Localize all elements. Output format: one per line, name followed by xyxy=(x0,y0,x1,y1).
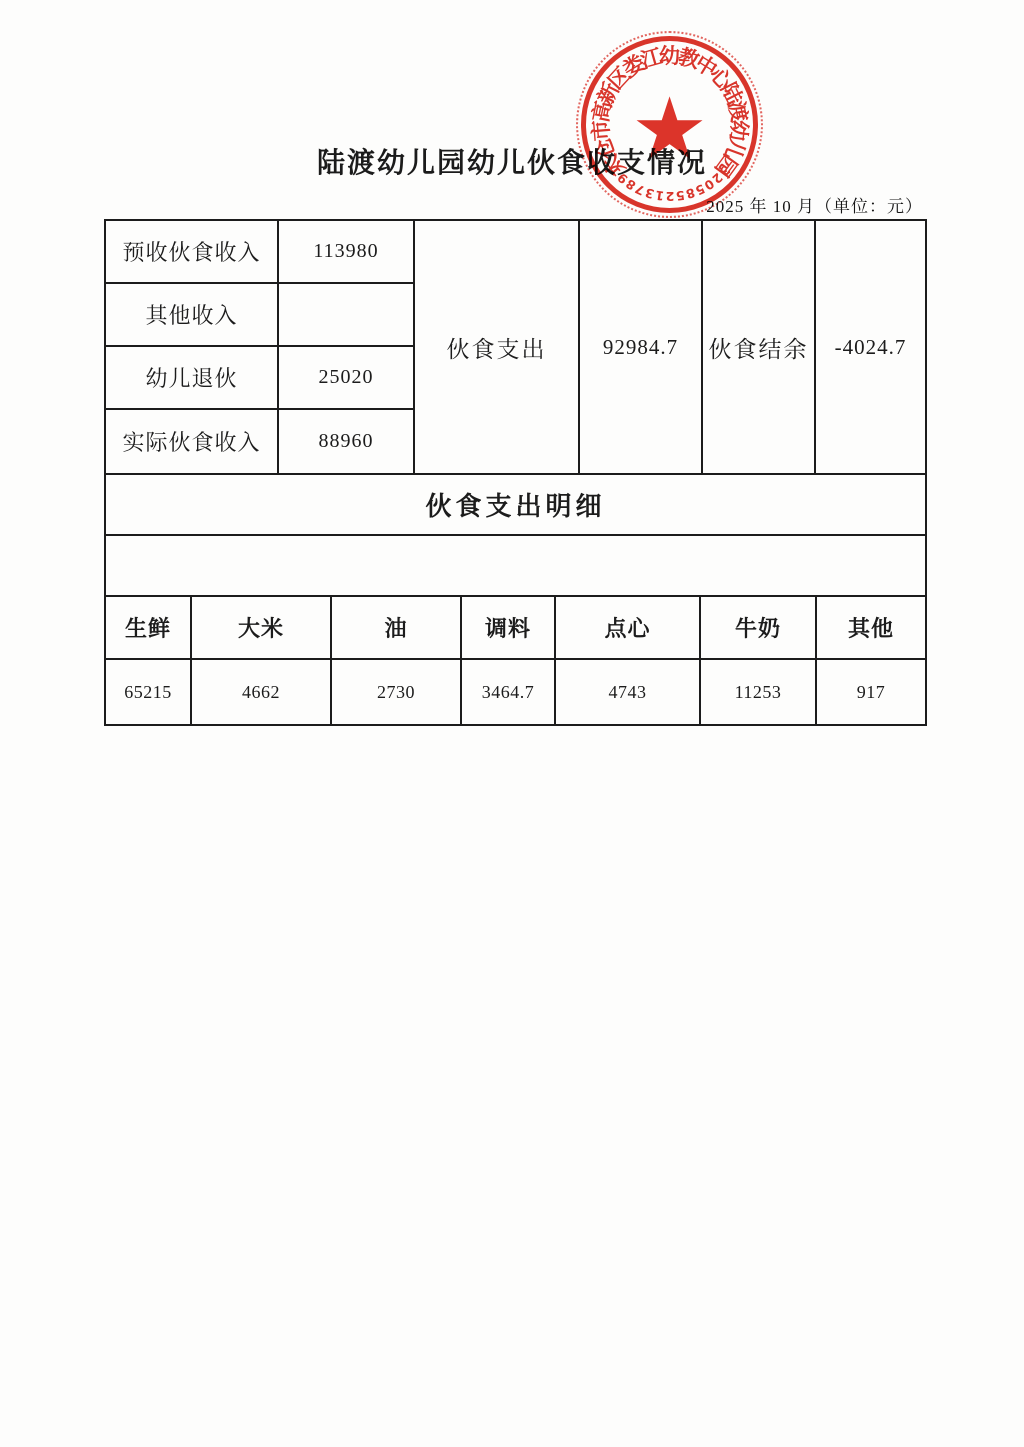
stamp-ring-char: 区 xyxy=(601,60,635,94)
summary-row-label: 预收伙食收入 xyxy=(106,221,279,284)
summary-row-value: 113980 xyxy=(279,221,415,284)
stamp-outer-ring xyxy=(581,36,758,213)
summary-section: 伙食支出 92984.7 伙食结余 -4024.7 预收伙食收入 113980 … xyxy=(106,221,925,475)
stamp-ring-char: 市 xyxy=(587,117,613,143)
detail-value-cell: 2730 xyxy=(332,660,462,724)
stamp-serial-digit: 5 xyxy=(672,188,688,204)
stamp-ring-char: 新 xyxy=(591,77,623,109)
summary-row-value: 88960 xyxy=(279,410,415,473)
stamp-ring-char: 幼 xyxy=(658,43,682,67)
detail-column-header: 牛奶 xyxy=(701,597,817,660)
balance-label-cell: 伙食结余 xyxy=(703,221,816,473)
detail-value-cell: 4662 xyxy=(192,660,332,724)
stamp-ring-char: 教 xyxy=(674,42,704,72)
summary-row-value: 25020 xyxy=(279,347,415,410)
summary-row-label: 实际伙食收入 xyxy=(106,410,279,473)
official-stamp: ★ 太仓市高新区娄江幼教中心陆渡幼儿园 3205852137891 xyxy=(576,31,763,218)
stamp-ring-char: 中 xyxy=(690,48,723,81)
stamp-ring-char: 高 xyxy=(587,97,615,125)
document-page: 陆渡幼儿园幼儿伙食收支情况 2025 年 10 月（单位：元） 伙食支出 929… xyxy=(0,0,1024,1447)
detail-column-header: 大米 xyxy=(192,597,332,660)
detail-value-cell: 3464.7 xyxy=(462,660,556,724)
stamp-ring-char: 心 xyxy=(704,60,738,94)
expense-label-cell: 伙食支出 xyxy=(415,221,580,473)
detail-value-cell: 917 xyxy=(817,660,925,724)
stamp-serial-digit: 8 xyxy=(681,185,698,202)
balance-value-cell: -4024.7 xyxy=(816,221,925,473)
stamp-ring-char: 陆 xyxy=(716,77,748,109)
expense-value-cell: 92984.7 xyxy=(580,221,703,473)
detail-column-header: 点心 xyxy=(556,597,701,660)
stamp-serial-digit: 2 xyxy=(663,190,677,204)
detail-section-title: 伙食支出明细 xyxy=(106,475,925,536)
empty-row xyxy=(106,536,925,597)
date-line: 2025 年 10 月（单位：元） xyxy=(700,192,927,221)
detail-column-header: 调料 xyxy=(462,597,556,660)
stamp-ring-char: 渡 xyxy=(724,97,752,125)
page-title: 陆渡幼儿园幼儿伙食收支情况 xyxy=(0,141,1024,181)
detail-value-cell: 11253 xyxy=(701,660,817,724)
detail-column-header: 生鲜 xyxy=(106,597,192,660)
stamp-serial-digit: 7 xyxy=(630,180,649,199)
detail-section: 生鲜 大米 油 调料 点心 牛奶 其他 65215 4662 2730 3464… xyxy=(106,597,925,724)
stamp-serration-ring xyxy=(576,31,763,218)
stamp-serial-digit: 3 xyxy=(640,185,657,202)
stamp-ring-char: 江 xyxy=(636,42,666,72)
stamp-serial-digit: 1 xyxy=(651,188,667,204)
summary-row-label: 其他收入 xyxy=(106,284,279,347)
stamp-ring-char: 幼 xyxy=(726,117,752,143)
detail-column-header: 油 xyxy=(332,597,462,660)
detail-column-header: 其他 xyxy=(817,597,925,660)
detail-value-cell: 65215 xyxy=(106,660,192,724)
summary-row-value xyxy=(279,284,415,347)
summary-row-label: 幼儿退伙 xyxy=(106,347,279,410)
stamp-ring-char: 娄 xyxy=(616,48,649,81)
detail-value-cell: 4743 xyxy=(556,660,701,724)
meal-account-table: 伙食支出 92984.7 伙食结余 -4024.7 预收伙食收入 113980 … xyxy=(104,219,927,726)
